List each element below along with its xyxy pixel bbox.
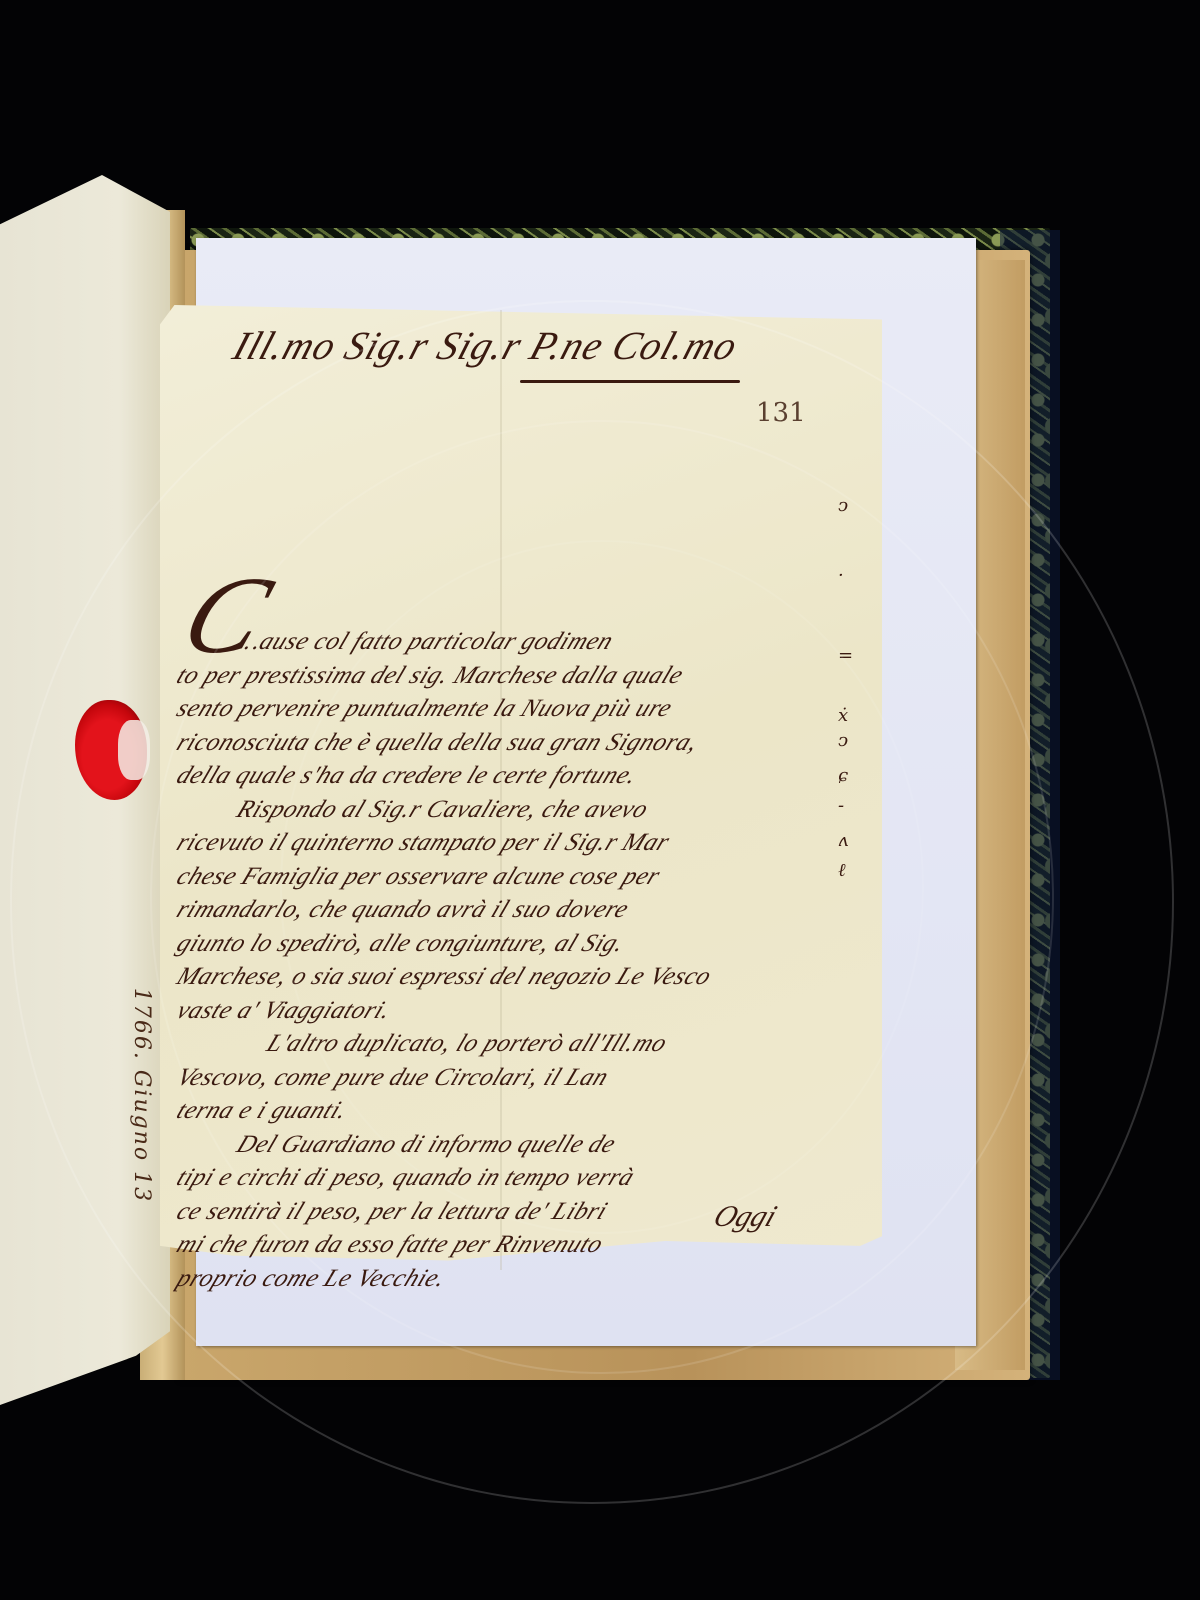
watermark-ring-inner xyxy=(280,540,924,1234)
